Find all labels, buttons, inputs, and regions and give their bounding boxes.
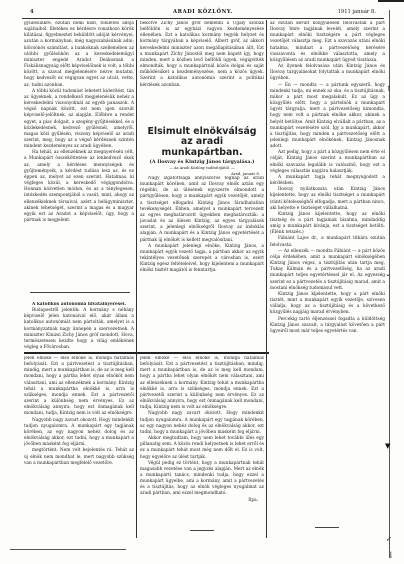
paragraph: jelen elnöke — első elnöke is, mondja ha… (140, 356, 264, 411)
newspaper-page: 4 ARADI KÖZLÖNY. 1911 január 8. gyűlésün… (0, 0, 404, 564)
paragraph: Fábiánt Lajos dr., a munkapárt titkára e… (270, 236, 385, 248)
paragraph: Végül pedig ez történt, hogy a munkapárt… (140, 461, 264, 498)
masthead: 4 ARADI KÖZLÖNY. 1911 január 8. (22, 9, 384, 19)
column-rule (266, 20, 267, 538)
paragraph: Akkor megtudtam, hogy nem lehet további … (140, 436, 264, 461)
corner-mark-icon: ⌊ (390, 551, 393, 559)
column-rule (136, 20, 137, 538)
paragraph: Nagyobb nagy zavart okozott. Hogy minden… (24, 418, 134, 449)
top-corner-rule (378, 0, 404, 2)
left-column-top: gyűlésünkre, ezután nemi kisb, fölületes… (24, 21, 134, 283)
paragraph: bekötve Zichy János gróf bemenni a Ugaly… (140, 21, 264, 89)
end-rule (315, 527, 339, 528)
paragraph: — Én — mondta — a pártunk egyszerű, hogy… (270, 83, 385, 151)
left-column-section: A katolikus autonómia hivatalnyerései. B… (24, 302, 134, 350)
chevron-down-icon: ⌄ (385, 270, 391, 278)
middle-column-bottom: jelen elnöke — első elnöke is, mondja ha… (140, 356, 264, 528)
paragraph: Ha tehát, az ellenzéknek az megnyerésén … (24, 150, 134, 224)
paragraph: — Az ellenzék — mondta Fábiánt — a párt … (270, 249, 385, 292)
middle-column-article: Nagy izgatottsága annyiszoros tegnap az … (140, 176, 264, 350)
left-column-bottom: jelen elnöke — első elnöke is, mondja ha… (24, 356, 134, 528)
paragraph: A többi közül tudomást lehetett kideríté… (24, 89, 134, 151)
paragraph: Kintzig János kijelentette, hogy az elnö… (270, 212, 385, 237)
newspaper-title: ARADI KÖZLÖNY. (22, 9, 384, 15)
signature: Ilpa. (140, 498, 264, 504)
paragraph: A munkapárt jelenlegi elnöke, Kintzig Já… (140, 244, 264, 275)
paragraph: A munkapárt tagja tehát megnyugodott a k… (270, 175, 385, 187)
arrow-down-icon: ▼ (385, 442, 390, 450)
middle-column-top: bekötve Zichy János gróf bemenni a Ugaly… (140, 21, 264, 121)
paragraph: jelen elnöke — első elnöke is, mondja ha… (24, 356, 134, 418)
arrow-up-icon: ↑ (386, 85, 392, 93)
tick-mark-icon: ↙ (386, 535, 392, 543)
paragraph: Ilosvay nyilatkozata után Kintzig János … (270, 187, 385, 212)
issue-date: 1911 január 8. (338, 9, 376, 15)
paragraph: Azt pedig, hogy a párt a közgyűlésen nem… (270, 150, 385, 175)
paragraph: Percekig tartó éljenzéssel fogadta a kül… (270, 317, 385, 335)
paragraph: Budapestről jelentik: A kormány s néhány… (24, 308, 134, 350)
right-column: az ezután került közgyűlésen felolvasták… (270, 21, 385, 521)
paragraph: Kintzig János kijelentette, hogy a párt … (270, 292, 385, 317)
article-header: Elsimult elnökválság az aradi munkapártb… (140, 124, 264, 176)
bottom-rule (10, 549, 126, 550)
paragraph: Nagyobb nagy zavart okozott. Hogy minden… (140, 411, 264, 436)
paragraph: gyűlésünkre, ezután nemi kisb, fölületes… (24, 21, 134, 89)
paragraph: Nagy izgatottsága annyiszoros tegnap az … (140, 176, 264, 244)
paragraph: az ezután került közgyűlésen felolvasták… (270, 21, 385, 64)
paragraph: Az ilyenek felolvasása után Kintzig Jáno… (270, 64, 385, 82)
horizontal-rule (24, 352, 269, 354)
divider (30, 292, 130, 293)
paragraph: megtörtént. Nem volt bejelentés rá. Tehá… (24, 448, 134, 466)
end-rule (190, 530, 214, 531)
headline-line-2: az aradi munkapártban. (140, 136, 264, 158)
